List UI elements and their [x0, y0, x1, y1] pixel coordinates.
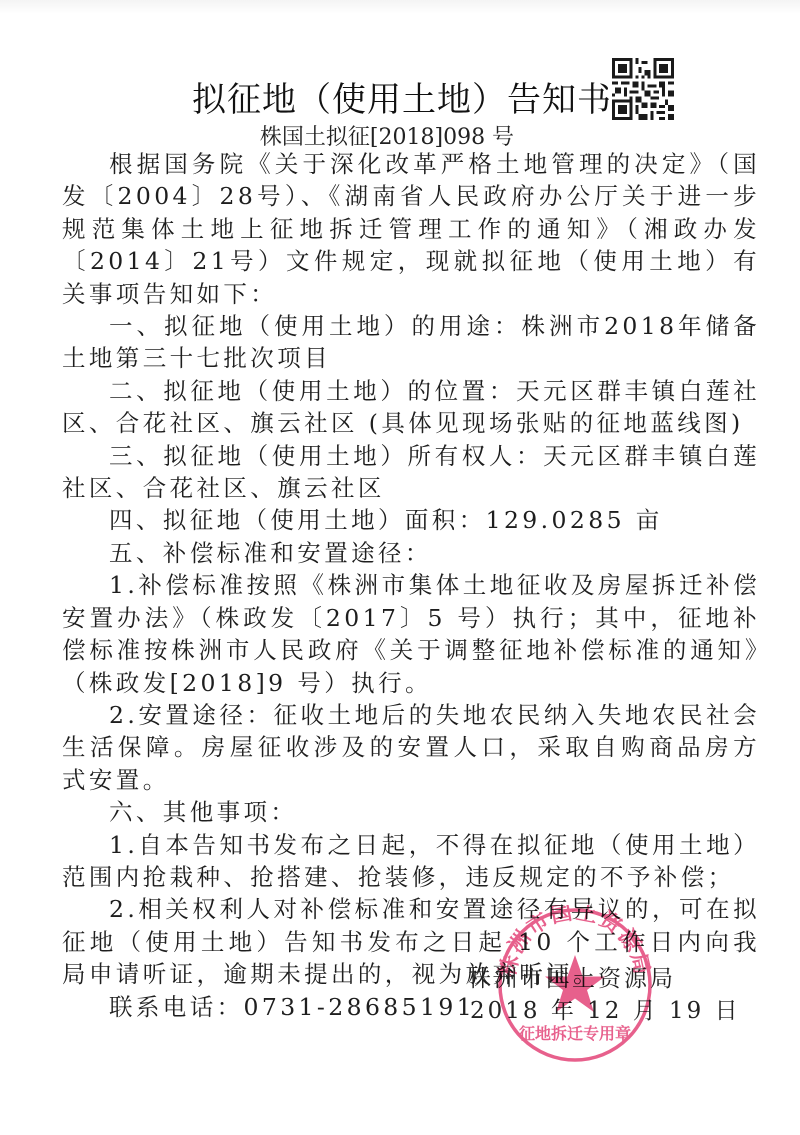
land-owner-paragraph: 三、拟征地（使用土地）所有权人：天元区群丰镇白莲社区、合花社区、旗云社区 [62, 440, 760, 505]
other-matters-heading: 六、其他事项： [62, 796, 760, 828]
compensation-heading: 五、补偿标准和安置途径： [62, 537, 760, 569]
resettlement-paragraph: 2.安置途径：征收土地后的失地农民纳入失地农民社会生活保障。房屋征收涉及的安置人… [62, 699, 760, 796]
intro-paragraph: 根据国务院《关于深化改革严格土地管理的决定》（国发〔2004〕28号）、《湖南省… [62, 148, 760, 310]
document-number: 株国土拟征[2018]098 号 [0, 120, 800, 151]
land-use-paragraph: 一、拟征地（使用土地）的用途：株洲市2018年储备土地第三十七批次项目 [62, 310, 760, 375]
document-body: 根据国务院《关于深化改革严格土地管理的决定》（国发〔2004〕28号）、《湖南省… [62, 148, 760, 1023]
seal-inner-text: 征地拆迁专用章 [519, 1024, 631, 1043]
qr-code-icon [612, 58, 674, 120]
official-seal-icon: 株洲市国土资源局 征地拆迁专用章 [495, 905, 655, 1065]
document-page: 拟征地（使用土地）告知书 株国土拟征[2018]098 号 [0, 0, 800, 1135]
prohibition-paragraph: 1.自本告知书发布之日起，不得在拟征地（使用土地）范围内抢栽种、抢搭建、抢装修，… [62, 829, 760, 894]
document-title: 拟征地（使用土地）告知书 [0, 72, 800, 121]
compensation-standard-paragraph: 1.补偿标准按照《株洲市集体土地征收及房屋拆迁补偿安置办法》（株政发〔2017〕… [62, 569, 760, 699]
land-area-paragraph: 四、拟征地（使用土地）面积：129.0285 亩 [62, 504, 760, 536]
land-location-paragraph: 二、拟征地（使用土地）的位置：天元区群丰镇白莲社区、合花社区、旗云社区 (具体见… [62, 375, 760, 440]
